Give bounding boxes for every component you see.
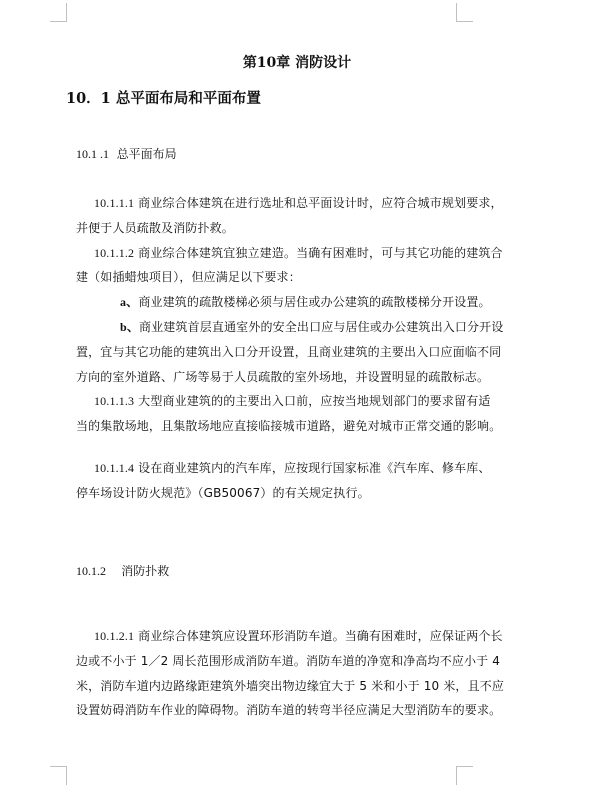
clause-text: 当的集散场地，且集散场地应直接临接城市道路，避免对城市正常交通的影响。 — [76, 417, 501, 434]
document-page: 第10章 消防设计 10．1 总平面布局和平面布置 10.1 .1 总平面布局 … — [0, 0, 594, 809]
list-text: 商业建筑的疏散楼梯必须与居住或办公建筑的疏散楼梯分开设置。 — [138, 295, 490, 309]
clause-text: 商业综合体建筑宜独立建造。当确有困难时，可与其它功能的建筑合 — [138, 246, 503, 260]
subsection-title: 消防扑救 — [121, 564, 169, 578]
subsection-number: 10.1 .1 — [76, 147, 109, 161]
list-text: 置，宜与其它功能的建筑出入口分开设置，且商业建筑的主要出入口应面临不同 — [76, 343, 501, 360]
subsection-number: 10.1.2 — [76, 564, 106, 578]
list-item: a、商业建筑的疏散楼梯必须与居住或办公建筑的疏散楼梯分开设置。 — [120, 293, 491, 310]
margin-corner-mark — [50, 3, 67, 22]
clause-text: 停车场设计防火规范》（GB50067）的有关规定执行。 — [76, 484, 370, 501]
clause-line: 10.1.2.1 商业综合体建筑应设置环形消防车道。当确有困难时，应保证两个长 — [94, 627, 503, 644]
list-text: 方向的室外道路、广场等易于人员疏散的室外场地，并设置明显的疏散标志。 — [76, 368, 489, 385]
clause-text: 建（如插蜡烛项目），但应满足以下要求： — [76, 268, 301, 285]
clause-text: 设在商业建筑内的汽车库，应按现行国家标准《汽车库、修车库、 — [134, 461, 490, 475]
section-title: 10．1 总平面布局和平面布置 — [66, 87, 261, 108]
clause-line: 10.1.1.2 商业综合体建筑宜独立建造。当确有困难时，可与其它功能的建筑合 — [94, 244, 503, 261]
clause-text: 米，消防车道内边路缘距建筑外墙突出物边缘宜大于 5 米和小于 10 米，且不应 — [76, 677, 504, 694]
subsection-heading: 10.1.2 消防扑救 — [76, 562, 169, 579]
list-item: b、商业建筑首层直通室外的安全出口应与居住或办公建筑出入口分开设 — [120, 318, 504, 335]
list-marker: b、 — [120, 320, 139, 334]
clause-text: 商业综合体建筑应设置环形消防车道。当确有困难时，应保证两个长 — [138, 629, 503, 643]
clause-text: 并便于人员疏散及消防扑救。 — [76, 219, 234, 236]
clause-text: 边或不小于 1／2 周长范围形成消防车道。消防车道的净宽和净高均不应小于 4 — [76, 652, 500, 669]
list-marker: a、 — [120, 295, 138, 309]
clause-line: 10.1.1.4 设在商业建筑内的汽车库，应按现行国家标准《汽车库、修车库、 — [94, 459, 491, 476]
list-text: 商业建筑首层直通室外的安全出口应与居住或办公建筑出入口分开设 — [139, 320, 504, 334]
clause-number: 10.1.1.4 — [94, 461, 134, 475]
clause-text: 设置妨碍消防车作业的障碍物。消防车道的转弯半径应满足大型消防车的要求。 — [76, 701, 501, 718]
clause-line: 10.1.1.1 商业综合体建筑在进行选址和总平面设计时，应符合城市规划要求， — [94, 194, 503, 211]
clause-number: 10.1.2.1 — [94, 629, 134, 643]
margin-corner-mark — [50, 766, 67, 785]
clause-text: 大型商业建筑的的主要出入口前，应按当地规划部门的要求留有适 — [134, 394, 490, 408]
subsection-heading: 10.1 .1 总平面布局 — [76, 145, 177, 162]
margin-corner-mark — [456, 3, 473, 22]
clause-number: 10.1.1.3 — [94, 394, 134, 408]
clause-number: 10.1.1.2 — [94, 246, 134, 260]
chapter-title: 第10章 消防设计 — [0, 52, 594, 72]
subsection-title: 总平面布局 — [117, 147, 177, 161]
margin-corner-mark — [456, 766, 473, 785]
clause-number: 10.1.1.1 — [94, 196, 134, 210]
clause-text: 商业综合体建筑在进行选址和总平面设计时，应符合城市规划要求， — [138, 196, 503, 210]
clause-line: 10.1.1.3 大型商业建筑的的主要出入口前，应按当地规划部门的要求留有适 — [94, 392, 491, 409]
